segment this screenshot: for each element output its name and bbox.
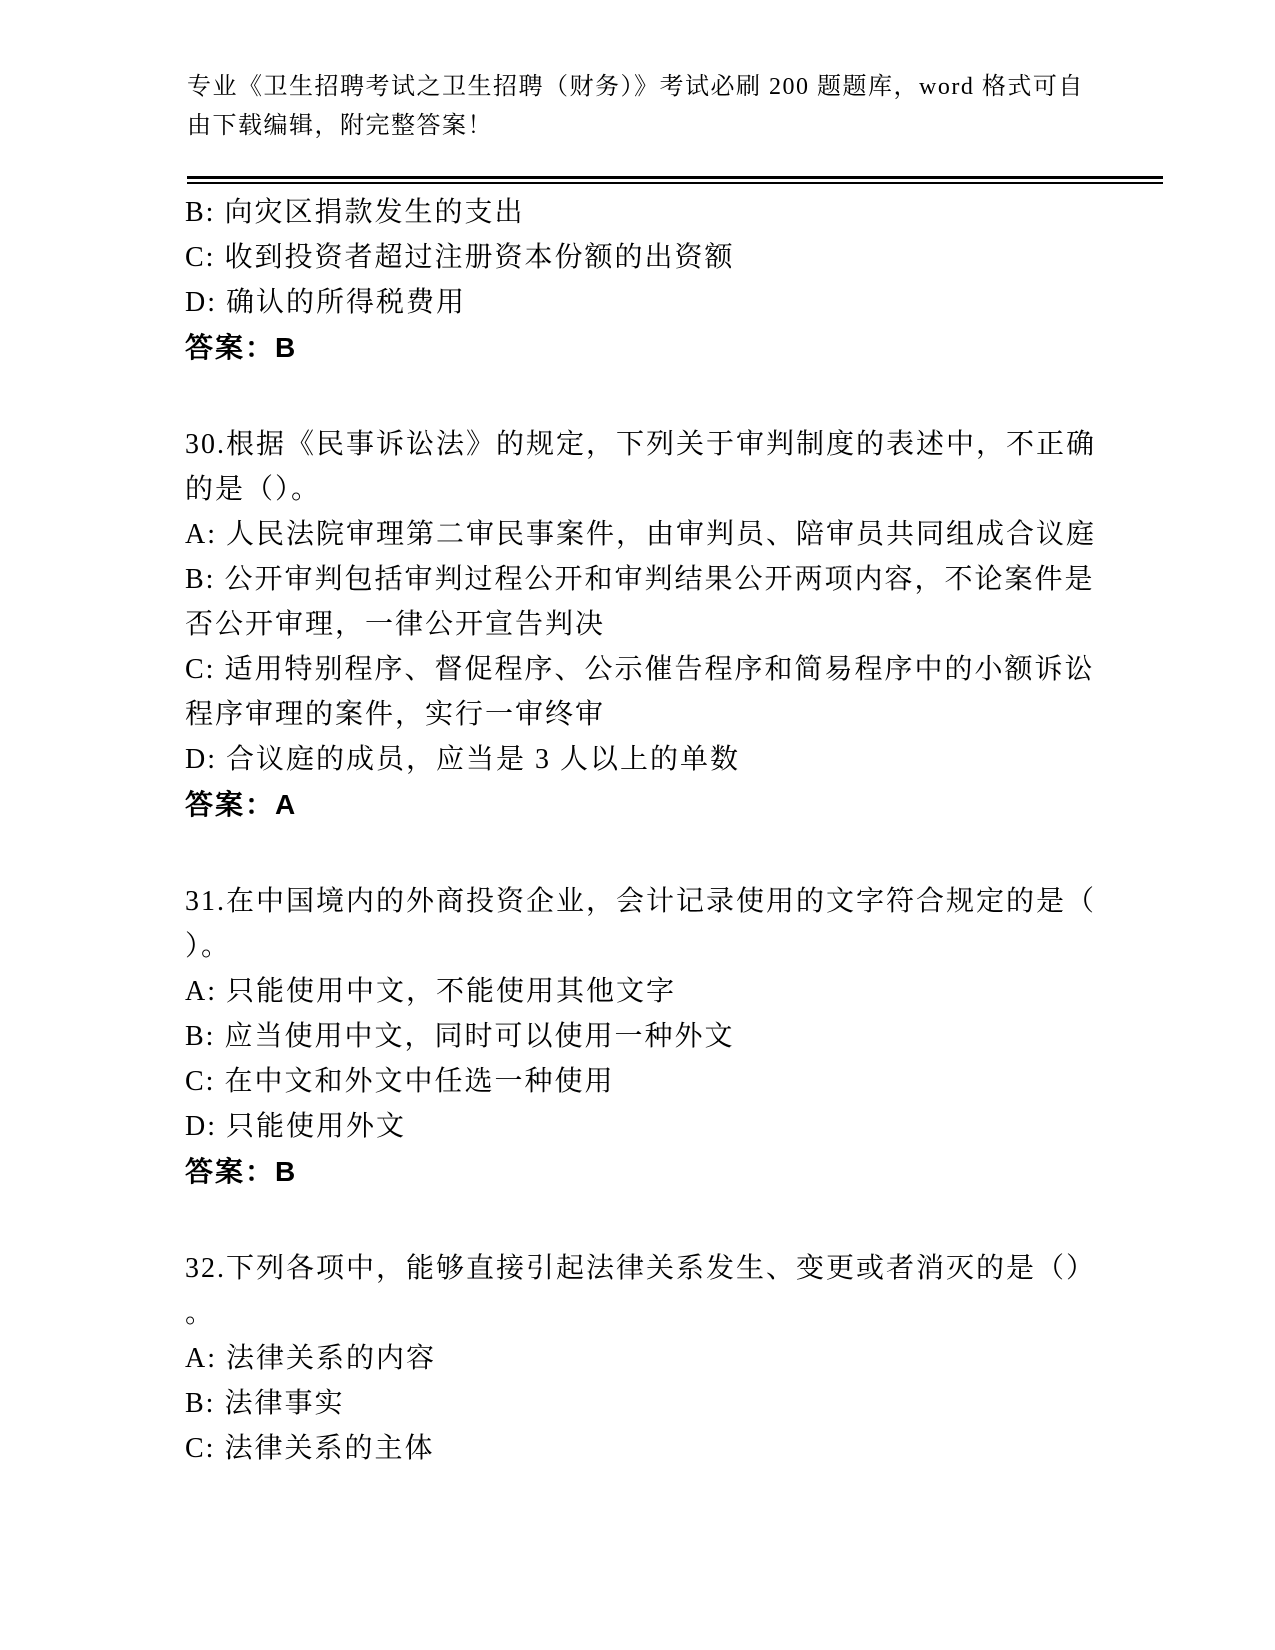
option-line: C: 法律关系的主体 [185, 1426, 1097, 1471]
option-line: D: 确认的所得税费用 [185, 280, 1097, 325]
header-rule-divider [187, 176, 1163, 184]
option-line: D: 合议庭的成员，应当是 3 人以上的单数 [185, 737, 1097, 782]
document-page: 专业《卫生招聘考试之卫生招聘（财务）》考试必刷 200 题题库，word 格式可… [0, 0, 1275, 1650]
option-line: 否公开审理，一律公开宣告判决 [185, 602, 1097, 647]
questions-container: B: 向灾区捐款发生的支出C: 收到投资者超过注册资本份额的出资额D: 确认的所… [185, 190, 1097, 1471]
option-line: D: 只能使用外文 [185, 1104, 1097, 1149]
option-line: B: 法律事实 [185, 1381, 1097, 1426]
option-line: A: 法律关系的内容 [185, 1336, 1097, 1381]
question-text-line: 31.在中国境内的外商投资企业，会计记录使用的文字符合规定的是（ [185, 879, 1097, 924]
question-block-0: B: 向灾区捐款发生的支出C: 收到投资者超过注册资本份额的出资额D: 确认的所… [185, 190, 1097, 370]
question-block-3: 32.下列各项中，能够直接引起法律关系发生、变更或者消灭的是（）。A: 法律关系… [185, 1246, 1097, 1471]
option-line: A: 只能使用中文，不能使用其他文字 [185, 969, 1097, 1014]
question-block-2: 31.在中国境内的外商投资企业，会计记录使用的文字符合规定的是（）。A: 只能使… [185, 879, 1097, 1194]
answer-line: 答案：A [185, 782, 1097, 827]
option-line: B: 公开审判包括审判过程公开和审判结果公开两项内容，不论案件是 [185, 557, 1097, 602]
question-text-line: 的是（）。 [185, 467, 1097, 512]
question-text-line: 32.下列各项中，能够直接引起法律关系发生、变更或者消灭的是（） [185, 1246, 1097, 1291]
header-title-line-1: 专业《卫生招聘考试之卫生招聘（财务）》考试必刷 200 题题库，word 格式可… [187, 68, 1167, 107]
option-line: A: 人民法院审理第二审民事案件，由审判员、陪审员共同组成合议庭 [185, 512, 1097, 557]
question-block-1: 30.根据《民事诉讼法》的规定，下列关于审判制度的表述中，不正确的是（）。A: … [185, 422, 1097, 827]
option-line: B: 应当使用中文，同时可以使用一种外文 [185, 1014, 1097, 1059]
option-line: B: 向灾区捐款发生的支出 [185, 190, 1097, 235]
option-line: C: 适用特别程序、督促程序、公示催告程序和简易程序中的小额诉讼 [185, 647, 1097, 692]
answer-line: 答案：B [185, 1149, 1097, 1194]
option-line: C: 在中文和外文中任选一种使用 [185, 1059, 1097, 1104]
option-line: 程序审理的案件，实行一审终审 [185, 692, 1097, 737]
page-header: 专业《卫生招聘考试之卫生招聘（财务）》考试必刷 200 题题库，word 格式可… [187, 68, 1167, 146]
question-text-line: 。 [185, 1291, 1097, 1336]
answer-line: 答案：B [185, 325, 1097, 370]
question-text-line: 30.根据《民事诉讼法》的规定，下列关于审判制度的表述中，不正确 [185, 422, 1097, 467]
question-text-line: ）。 [185, 924, 1097, 969]
option-line: C: 收到投资者超过注册资本份额的出资额 [185, 235, 1097, 280]
header-title-line-2: 由下载编辑，附完整答案！ [187, 107, 1167, 146]
